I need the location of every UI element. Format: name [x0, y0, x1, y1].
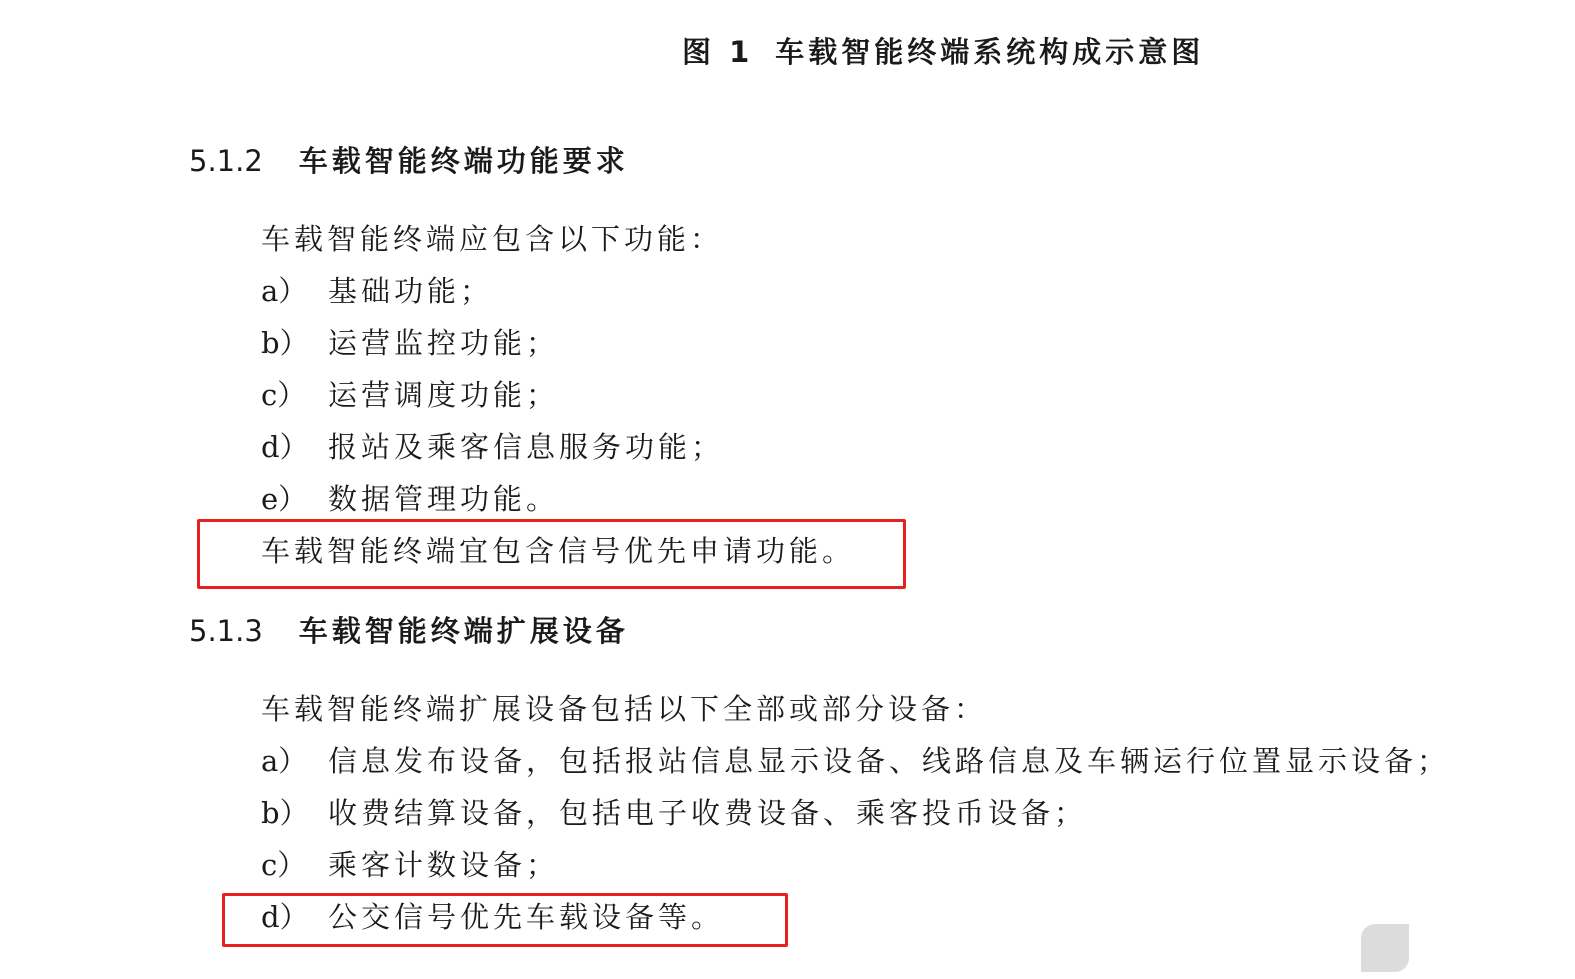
list-item: a）信息发布设备，包括报站信息显示设备、线路信息及车辆运行位置显示设备；: [261, 739, 1450, 780]
section-intro: 车载智能终端应包含以下功能：: [261, 217, 723, 258]
list-item: c）乘客计数设备；: [261, 843, 559, 884]
list-item: d）报站及乘客信息服务功能；: [261, 425, 724, 466]
list-item: b）收费结算设备，包括电子收费设备、乘客投币设备；: [261, 791, 1087, 832]
section-title: 车载智能终端扩展设备: [299, 614, 629, 648]
section-heading-5-1-3: 5.1.3车载智能终端扩展设备: [189, 609, 629, 650]
figure-caption: 图 1车载智能终端系统构成示意图: [682, 30, 1204, 71]
list-item: b）运营监控功能；: [261, 321, 559, 362]
list-item: e）数据管理功能。: [261, 477, 559, 518]
section-title: 车载智能终端功能要求: [299, 144, 629, 178]
figure-title: 车载智能终端系统构成示意图: [775, 35, 1204, 69]
section-intro: 车载智能终端扩展设备包括以下全部或部分设备：: [261, 687, 987, 728]
figure-number: 图 1: [682, 35, 753, 69]
section-number: 5.1.3: [189, 614, 263, 648]
list-item: c）运营调度功能；: [261, 373, 559, 414]
list-item: a）基础功能；: [261, 269, 493, 310]
list-item: d）公交信号优先车载设备等。: [261, 895, 724, 936]
section-heading-5-1-2: 5.1.2车载智能终端功能要求: [189, 139, 629, 180]
page-corner-widget[interactable]: [1361, 924, 1409, 972]
section-number: 5.1.2: [189, 144, 263, 178]
highlighted-note: 车载智能终端宜包含信号优先申请功能。: [261, 529, 855, 570]
